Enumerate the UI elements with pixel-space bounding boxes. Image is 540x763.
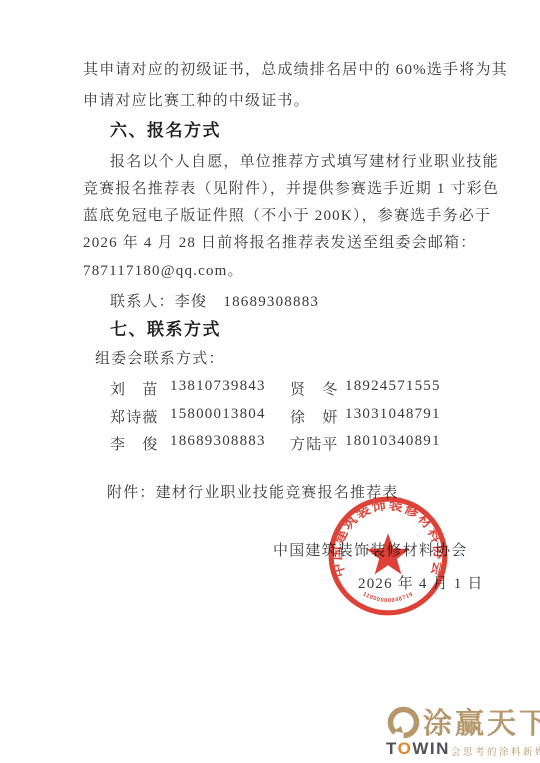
official-seal: 中国建筑装饰装修材料协会 11000000948719 <box>326 494 450 618</box>
contact-phone: 13031048791 <box>345 406 441 427</box>
section-6-line-1: 报名以个人自愿，单位推荐方式填写建材行业职业技能 <box>110 152 499 172</box>
contact-row: 郑诗薇 15800013804 徐 妍 13031048791 <box>110 406 441 427</box>
towin-tagline: 会思考的涂料新媒体 <box>451 744 540 758</box>
towin-latin-text: TOWIN <box>386 739 450 759</box>
section-6-line-3: 蓝底免冠电子版证件照（不小于 200K），参赛选手务必于 <box>83 206 491 226</box>
committee-contact-intro: 组委会联系方式： <box>95 349 225 369</box>
contact-row: 刘 苗 13810739843 贤 冬 18924571555 <box>110 378 441 399</box>
email-address: 787117180@qq.com。 <box>83 261 244 281</box>
document-page: 其申请对应的初级证书，总成绩排名居中的 60%选手将为其 申请对应比赛工种的中级… <box>0 0 540 763</box>
section-7-heading: 七、联系方式 <box>110 320 221 340</box>
contact-name: 方陆平 <box>290 433 345 454</box>
contact-name: 李 俊 <box>110 433 170 454</box>
seal-star-icon <box>366 533 409 574</box>
section-6-heading: 六、报名方式 <box>110 121 221 141</box>
section-6-line-4: 2026 年 4 月 28 日前将报名推荐表发送至组委会邮箱： <box>83 233 476 253</box>
contact-name: 郑诗薇 <box>110 406 170 427</box>
contact-phone: 18010340891 <box>345 433 441 454</box>
contact-name: 徐 妍 <box>290 406 345 427</box>
contact-phone: 18689308883 <box>170 433 290 454</box>
contact-name: 刘 苗 <box>110 378 170 399</box>
contact-phone: 13810739843 <box>170 378 290 399</box>
towin-letter-o: O <box>398 739 413 758</box>
contact-phone: 18924571555 <box>345 378 441 399</box>
towin-brand-text: 涂赢天下 <box>423 701 540 742</box>
contact-row: 李 俊 18689308883 方陆平 18010340891 <box>110 433 441 454</box>
seal-serial-number: 11000000948719 <box>362 591 415 604</box>
contact-person-line: 联系人：李俊 18689308883 <box>110 292 319 312</box>
contact-phone: 15800013804 <box>170 406 290 427</box>
section-6-line-2: 竞赛报名推荐表（见附件），并提供参赛选手近期 1 寸彩色 <box>83 179 499 199</box>
contact-name: 贤 冬 <box>290 378 345 399</box>
towin-letter-t: T <box>386 739 398 758</box>
towin-letters-win: WIN <box>412 739 450 758</box>
intro-line-1: 其申请对应的初级证书，总成绩排名居中的 60%选手将为其 <box>83 60 508 80</box>
intro-line-2: 申请对应比赛工种的中级证书。 <box>83 91 310 111</box>
towin-logo-icon <box>385 704 422 741</box>
